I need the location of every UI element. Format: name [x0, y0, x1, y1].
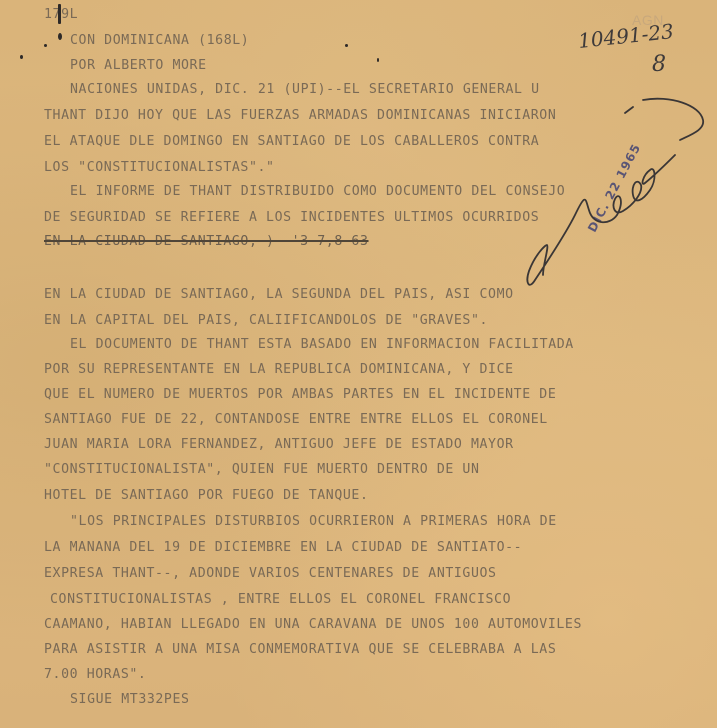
- body-line: EL ATAQUE DLE DOMINGO EN SANTIAGO DE LOS…: [44, 134, 539, 150]
- body-line: EL INFORME DE THANT DISTRIBUIDO COMO DOC…: [70, 184, 565, 200]
- ink-speck: [58, 33, 62, 40]
- ink-speck: [44, 44, 47, 47]
- body-line: EL DOCUMENTO DE THANT ESTA BASADO EN INF…: [70, 337, 574, 353]
- ink-speck: [20, 55, 23, 59]
- body-line: NACIONES UNIDAS, DIC. 21 (UPI)--EL SECRE…: [70, 82, 540, 98]
- body-line: LOS "CONSTITUCIONALISTAS".": [44, 160, 275, 176]
- body-line: CAAMANO, HABIAN LLEGADO EN UNA CARAVANA …: [44, 617, 582, 633]
- body-line: 7.00 HORAS".: [44, 667, 146, 683]
- signature-icon: [515, 95, 715, 325]
- byline: POR ALBERTO MORE: [70, 58, 207, 74]
- header-code: 179L: [44, 7, 78, 23]
- body-line: SANTIAGO FUE DE 22, CONTANDOSE ENTRE ENT…: [44, 412, 548, 428]
- page-number: 8: [652, 52, 666, 77]
- body-line: LA MANANA DEL 19 DE DICIEMBRE EN LA CIUD…: [44, 540, 522, 556]
- document-page: 179L CON DOMINICANA (168L) POR ALBERTO M…: [0, 0, 717, 728]
- body-line: "LOS PRINCIPALES DISTURBIOS OCURRIERON A…: [70, 514, 557, 530]
- body-line: "CONSTITUCIONALISTA", QUIEN FUE MUERTO D…: [44, 462, 480, 478]
- sigue-line: SIGUE MT332PES: [70, 692, 190, 708]
- ink-speck: [58, 4, 61, 24]
- body-line: EXPRESA THANT--, ADONDE VARIOS CENTENARE…: [44, 566, 497, 582]
- body-line: QUE EL NUMERO DE MUERTOS POR AMBAS PARTE…: [44, 387, 556, 403]
- body-line: PARA ASISTIR A UNA MISA CONMEMORATIVA QU…: [44, 642, 556, 658]
- struck-out-line: EN LA CIUDAD DE SANTIAGO, )- '3-7,8-63: [44, 234, 369, 250]
- body-line: JUAN MARIA LORA FERNANDEZ, ANTIGUO JEFE …: [44, 437, 514, 453]
- ink-speck: [345, 44, 348, 47]
- slug-line: CON DOMINICANA (168L): [70, 33, 249, 49]
- archive-number: 10491-23: [577, 19, 675, 53]
- body-line: THANT DIJO HOY QUE LAS FUERZAS ARMADAS D…: [44, 108, 556, 124]
- body-line: HOTEL DE SANTIAGO POR FUEGO DE TANQUE.: [44, 488, 369, 504]
- body-line: EN LA CAPITAL DEL PAIS, CALIIFICANDOLOS …: [44, 313, 488, 329]
- body-line: DE SEGURIDAD SE REFIERE A LOS INCIDENTES…: [44, 210, 539, 226]
- body-line: CONSTITUCIONALISTAS , ENTRE ELLOS EL COR…: [50, 592, 511, 608]
- body-line: EN LA CIUDAD DE SANTIAGO, LA SEGUNDA DEL…: [44, 287, 514, 303]
- ink-speck: [377, 58, 379, 62]
- body-line: POR SU REPRESENTANTE EN LA REPUBLICA DOM…: [44, 362, 514, 378]
